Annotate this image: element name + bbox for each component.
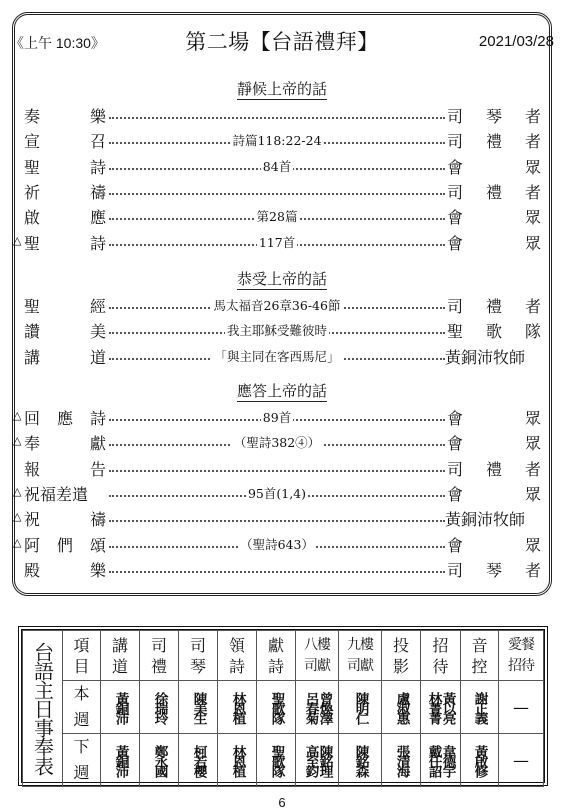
program-item-responsible-text: 禮	[486, 294, 502, 317]
program-item-responsible-text: 會	[447, 533, 463, 556]
program-item-responsible: 黃銅沛牧師	[445, 345, 541, 369]
roster-cell: 陳明仁	[339, 681, 382, 734]
congregation-stand-marker: △	[13, 434, 21, 447]
program-item-responsible: 司琴者	[445, 558, 541, 582]
program-item-label-char: 聖	[24, 294, 40, 317]
section-title-text: 靜候上帝的話	[237, 80, 327, 100]
roster-header-cell: 領詩	[218, 631, 257, 681]
roster-header-text: 獻詩	[257, 635, 295, 677]
program-item-responsible: 司禮者	[445, 294, 541, 318]
roster-header-text: 九樓司獻	[339, 635, 381, 677]
roster-cell: —	[499, 734, 544, 787]
program-item-label: 宣召	[19, 129, 109, 153]
program-item: 啟應第28篇會眾	[19, 205, 541, 229]
program-item-label-char: 宣	[24, 129, 40, 152]
roster-week-label: 下週	[63, 734, 100, 786]
program-item-label-char: 奏	[24, 104, 40, 127]
roster-header-text: 司禮	[140, 635, 178, 677]
program-item-label: 讚美	[19, 319, 109, 343]
roster-name: 戴任詔	[427, 745, 441, 775]
program-item-responsible-text: 眾	[525, 406, 541, 429]
program-item-responsible-text: 琴	[486, 558, 502, 581]
congregation-stand-marker: △	[13, 485, 21, 498]
roster-cell: 鄭永國	[140, 734, 179, 787]
program-item: 報告司禮者	[19, 457, 541, 481]
program-item-responsible-text: 司	[447, 294, 463, 317]
program-item-responsible-text: 黃銅沛牧師	[445, 507, 525, 530]
roster-title-cell: 台語主日事奉表	[23, 631, 63, 787]
roster-cell: 陳銘森	[339, 734, 382, 787]
program-item-label-char: 詩	[90, 155, 106, 178]
program-item: 聖經馬太福音26章36-46節司禮者	[19, 294, 541, 318]
program-item-responsible: 司禮者	[445, 457, 541, 481]
program-item-responsible-text: 聖	[447, 319, 463, 342]
program-item-label: △奉獻	[19, 431, 109, 455]
roster-header-cell: 講道	[101, 631, 140, 681]
roster-header-cell: 獻詩	[257, 631, 296, 681]
program-item-responsible: 會眾	[445, 231, 541, 255]
program-item: 聖詩84首會眾	[19, 155, 541, 179]
roster-name: 黃以亮	[441, 692, 455, 722]
roster-name: 柯若櫻	[191, 745, 205, 775]
program-item-label-char: 美	[90, 319, 106, 342]
roster-cell: 聖歌隊	[257, 681, 296, 734]
roster-name: 張清海	[394, 745, 408, 775]
program-item-label-char: 回	[24, 406, 40, 429]
program-item-label: 報告	[19, 457, 109, 481]
program-item-detail: 第28篇	[109, 207, 445, 225]
program-item-responsible-text: 眾	[525, 482, 541, 505]
roster-name: 黃啟修	[473, 745, 487, 775]
program-item-label-char: 經	[90, 294, 106, 317]
program-item-label-char: 講	[24, 345, 40, 368]
roster-header-cell: 九樓司獻	[339, 631, 382, 681]
program-item-responsible-text: 者	[525, 180, 541, 203]
program-item: △聖詩117首會眾	[19, 231, 541, 255]
program-item-detail-text: 我主耶穌受難彼時	[225, 323, 329, 338]
roster-cell: 黃銅沛	[101, 734, 140, 787]
program-item: 宣召詩篇118:22-24司禮者	[19, 129, 541, 153]
program-item-responsible-text: 眾	[525, 231, 541, 254]
program-item-label: 祈禱	[19, 180, 109, 204]
program-item-label-char: 聖	[24, 155, 40, 178]
program-item-responsible: 會眾	[445, 533, 541, 557]
roster-cell: 謝正義	[461, 681, 499, 734]
roster-name: 鄭永國	[152, 745, 166, 775]
program-item-label-text: 祝福差遣	[24, 482, 88, 505]
program-item-label: 奏樂	[19, 104, 109, 128]
program-item-detail: 117首	[109, 233, 445, 251]
program-item-responsible-text: 禮	[486, 129, 502, 152]
duty-roster: 台語主日事奉表項目講道司禮司琴領詩獻詩八樓司獻九樓司獻投影招待音控愛餐招待本週黃…	[18, 626, 548, 786]
roster-name: 林菁菁	[427, 692, 441, 722]
roster-name: 林恩植	[230, 745, 244, 775]
program-item-responsible: 聖歌隊	[445, 319, 541, 343]
roster-name: 呂春菊	[303, 692, 317, 722]
program-item-responsible-text: 歌	[486, 319, 502, 342]
program-item-label: △祝禱	[19, 507, 109, 531]
roster-name: 謝正義	[473, 692, 487, 722]
roster-cell: 韋德宇戴任詔	[421, 734, 461, 787]
roster-row: 本週黃銅沛徐瑞玲陳美生林恩植聖歌隊曾煥澤呂春菊陳明仁盧淑惠黃以亮林菁菁謝正義—	[23, 681, 544, 734]
program-item-detail: 詩篇118:22-24	[109, 131, 445, 149]
program-item: △祝禱黃銅沛牧師	[19, 507, 541, 531]
section-title-text: 恭受上帝的話	[237, 270, 327, 290]
program-item-responsible: 司琴者	[445, 104, 541, 128]
program-item-responsible-text: 司	[447, 558, 463, 581]
service-header: 《上午 10:30》 第二場【台語禮拜】 2021/03/28	[0, 30, 564, 58]
program-item: 祈禱司禮者	[19, 180, 541, 204]
roster-header-cell: 八樓司獻	[296, 631, 339, 681]
roster-cell: 張清海	[382, 734, 421, 787]
program-item: △回應詩89首會眾	[19, 406, 541, 430]
program-item-label-char: 們	[57, 533, 73, 556]
program-item-detail: 89首	[109, 408, 445, 426]
program-item-label-char: 祝	[24, 507, 40, 530]
roster-header-cell: 項目	[63, 631, 101, 681]
program-item-responsible-text: 司	[447, 104, 463, 127]
program-item-detail-text: （聖詩643）	[238, 537, 316, 552]
roster-name: 聖歌隊	[269, 692, 283, 722]
program-item: 講道「與主同在客西馬尼」黃銅沛牧師	[19, 345, 541, 369]
program-item-responsible-text: 會	[447, 431, 463, 454]
roster-header-cell: 音控	[461, 631, 499, 681]
program-item-detail: 95首(1,4)	[109, 484, 445, 502]
program-item-responsible-text: 司	[447, 129, 463, 152]
program-item-responsible: 司禮者	[445, 129, 541, 153]
roster-title: 台語主日事奉表	[31, 642, 55, 775]
roster-week-label-cell: 本週	[63, 681, 101, 734]
roster-name: 林恩植	[230, 692, 244, 722]
roster-header-cell: 招待	[421, 631, 461, 681]
program-item-responsible: 會眾	[445, 406, 541, 430]
roster-name: 聖歌隊	[269, 745, 283, 775]
program-item-responsible-text: 會	[447, 482, 463, 505]
roster-header-text: 八樓司獻	[296, 635, 338, 677]
roster-name: 黃銅沛	[113, 692, 127, 722]
program-item-detail: （聖詩643）	[109, 535, 445, 553]
roster-empty: —	[513, 751, 529, 770]
program-item-label-char: 禱	[90, 180, 106, 203]
program-item-detail: 我主耶穌受難彼時	[109, 321, 445, 339]
program-item-responsible-text: 者	[525, 104, 541, 127]
program-item-responsible: 司禮者	[445, 180, 541, 204]
program-item-detail-text: 第28篇	[255, 209, 300, 224]
roster-cell: —	[499, 681, 544, 734]
program-item-detail-text: 馬太福音26章36-46節	[212, 298, 343, 313]
program-item-responsible: 會眾	[445, 482, 541, 506]
program-item: 奏樂司琴者	[19, 104, 541, 128]
program-item-responsible: 會眾	[445, 205, 541, 229]
dot-leader	[109, 520, 445, 522]
program-item-label-char: 祈	[24, 180, 40, 203]
program-item-detail-text: 95首(1,4)	[246, 486, 308, 501]
dot-leader	[109, 193, 445, 195]
program-item-responsible-text: 者	[525, 457, 541, 480]
program-item-label-char: 奉	[24, 431, 40, 454]
program-item-label-char: 啟	[24, 205, 40, 228]
program-item-label-char: 告	[90, 457, 106, 480]
program-item-label-char: 禱	[90, 507, 106, 530]
roster-cell: 柯若櫻	[179, 734, 218, 787]
program-item-detail-text: 117首	[257, 235, 297, 250]
program-item-detail-text: 84首	[261, 159, 293, 174]
roster-cell: 陳銘理高至鈞	[296, 734, 339, 787]
program-item-detail-text: 「與主同在客西馬尼」	[212, 349, 341, 364]
program-item-label: 聖詩	[19, 155, 109, 179]
program-item-label: 聖經	[19, 294, 109, 318]
program-item-responsible: 會眾	[445, 155, 541, 179]
program-item-label-char: 詩	[90, 406, 106, 429]
section-title: 靜候上帝的話	[0, 78, 564, 98]
roster-cell: 黃啟修	[461, 734, 499, 787]
program-item-detail: （聖詩382④）	[109, 433, 445, 451]
program-item-label-char: 應	[57, 406, 73, 429]
program-item-responsible-text: 禮	[486, 180, 502, 203]
roster-header-text: 愛餐招待	[499, 635, 543, 677]
roster-cell: 陳美生	[179, 681, 218, 734]
program-item-responsible: 會眾	[445, 431, 541, 455]
program-item-responsible-text: 司	[447, 180, 463, 203]
dot-leader	[109, 470, 445, 472]
duty-roster-table: 台語主日事奉表項目講道司禮司琴領詩獻詩八樓司獻九樓司獻投影招待音控愛餐招待本週黃…	[22, 630, 544, 787]
roster-header-cell: 愛餐招待	[499, 631, 544, 681]
program-item-responsible-text: 黃銅沛牧師	[445, 345, 525, 368]
program-item-label-char: 道	[90, 345, 106, 368]
roster-name: 曾煥澤	[317, 692, 331, 722]
program-item: △阿們頌（聖詩643）會眾	[19, 533, 541, 557]
roster-week-label-cell: 下週	[63, 734, 101, 787]
roster-name: 陳銘森	[353, 745, 367, 775]
program-item-label: △祝福差遣	[19, 482, 109, 506]
program-item: 殿樂司琴者	[19, 558, 541, 582]
program-item-label-char: 詩	[90, 231, 106, 254]
section-title: 應答上帝的話	[0, 380, 564, 400]
roster-cell: 黃以亮林菁菁	[421, 681, 461, 734]
roster-name: 高至鈞	[303, 745, 317, 775]
page-number: 6	[0, 795, 564, 810]
congregation-stand-marker: △	[13, 409, 21, 422]
program-item-responsible-text: 會	[447, 231, 463, 254]
program-item-responsible-text: 司	[447, 457, 463, 480]
program-item: 讚美我主耶穌受難彼時聖歌隊	[19, 319, 541, 343]
program-item: △奉獻（聖詩382④）會眾	[19, 431, 541, 455]
program-item-label: 啟應	[19, 205, 109, 229]
roster-cell: 徐瑞玲	[140, 681, 179, 734]
congregation-stand-marker: △	[13, 536, 21, 549]
program-item-detail: 84首	[109, 157, 445, 175]
program-item-responsible: 黃銅沛牧師	[445, 507, 541, 531]
program-item-label-char: 聖	[24, 231, 40, 254]
congregation-stand-marker: △	[13, 234, 21, 247]
roster-name: 陳明仁	[353, 692, 367, 722]
program-item-detail: 「與主同在客西馬尼」	[109, 347, 445, 365]
roster-header-text: 音控	[461, 635, 498, 677]
roster-row: 下週黃銅沛鄭永國柯若櫻林恩植聖歌隊陳銘理高至鈞陳銘森張清海韋德宇戴任詔黃啟修—	[23, 734, 544, 787]
program-item-responsible-text: 者	[525, 294, 541, 317]
roster-header-text: 講道	[101, 635, 139, 677]
program-item-responsible-text: 會	[447, 406, 463, 429]
roster-cell: 林恩植	[218, 681, 257, 734]
roster-cell: 盧淑惠	[382, 681, 421, 734]
roster-cell: 黃銅沛	[101, 681, 140, 734]
program-item-label: △阿們頌	[19, 533, 109, 557]
roster-header-text: 項目	[63, 635, 100, 677]
program-item-detail-text: 詩篇118:22-24	[230, 133, 323, 148]
program-item-label-char: 頌	[90, 533, 106, 556]
program-item: △祝福差遣95首(1,4)會眾	[19, 482, 541, 506]
program-item-responsible-text: 眾	[525, 155, 541, 178]
program-item-responsible-text: 禮	[486, 457, 502, 480]
program-item-responsible-text: 會	[447, 205, 463, 228]
roster-name: 韋德宇	[441, 745, 455, 775]
program-item-label-char: 殿	[24, 558, 40, 581]
program-item-label: △回應詩	[19, 406, 109, 430]
roster-header-cell: 司琴	[179, 631, 218, 681]
program-item-label-char: 樂	[90, 558, 106, 581]
program-item-responsible-text: 眾	[525, 431, 541, 454]
roster-cell: 林恩植	[218, 734, 257, 787]
program-item-detail: 馬太福音26章36-46節	[109, 296, 445, 314]
program-item-label-char: 樂	[90, 104, 106, 127]
program-item-label-char: 報	[24, 457, 40, 480]
program-item-responsible-text: 隊	[525, 319, 541, 342]
roster-header-text: 領詩	[218, 635, 256, 677]
program-item-responsible-text: 者	[525, 558, 541, 581]
program-item-label-char: 召	[90, 129, 106, 152]
roster-name: 盧淑惠	[394, 692, 408, 722]
roster-header-cell: 投影	[382, 631, 421, 681]
program-item-detail-text: 89首	[261, 410, 293, 425]
program-item-label-char: 讚	[24, 319, 40, 342]
roster-name: 陳美生	[191, 692, 205, 722]
roster-header-text: 司琴	[179, 635, 217, 677]
roster-name: 黃銅沛	[113, 745, 127, 775]
program-item-label: 殿樂	[19, 558, 109, 582]
dot-leader	[109, 571, 445, 573]
roster-empty: —	[513, 698, 529, 717]
program-item-label-char: 阿	[24, 533, 40, 556]
service-date: 2021/03/28	[479, 33, 554, 50]
program-item-responsible-text: 琴	[486, 104, 502, 127]
program-item-detail-text: （聖詩382④）	[232, 435, 322, 450]
roster-header-text: 投影	[382, 635, 420, 677]
section-title-text: 應答上帝的話	[237, 382, 327, 402]
program-item-label-char: 應	[90, 205, 106, 228]
section-title: 恭受上帝的話	[0, 268, 564, 288]
roster-cell: 曾煥澤呂春菊	[296, 681, 339, 734]
program-item-responsible-text: 會	[447, 155, 463, 178]
roster-week-label: 本週	[63, 681, 100, 733]
congregation-stand-marker: △	[13, 510, 21, 523]
roster-name: 陳銘理	[317, 745, 331, 775]
dot-leader	[109, 117, 445, 119]
roster-cell: 聖歌隊	[257, 734, 296, 787]
program-item-label-char: 獻	[90, 431, 106, 454]
program-item-responsible-text: 者	[525, 129, 541, 152]
program-item-responsible-text: 眾	[525, 533, 541, 556]
roster-header-text: 招待	[421, 635, 460, 677]
roster-header-cell: 司禮	[140, 631, 179, 681]
program-item-responsible-text: 眾	[525, 205, 541, 228]
program-item-label: △聖詩	[19, 231, 109, 255]
roster-name: 徐瑞玲	[152, 692, 166, 722]
program-item-label: 講道	[19, 345, 109, 369]
